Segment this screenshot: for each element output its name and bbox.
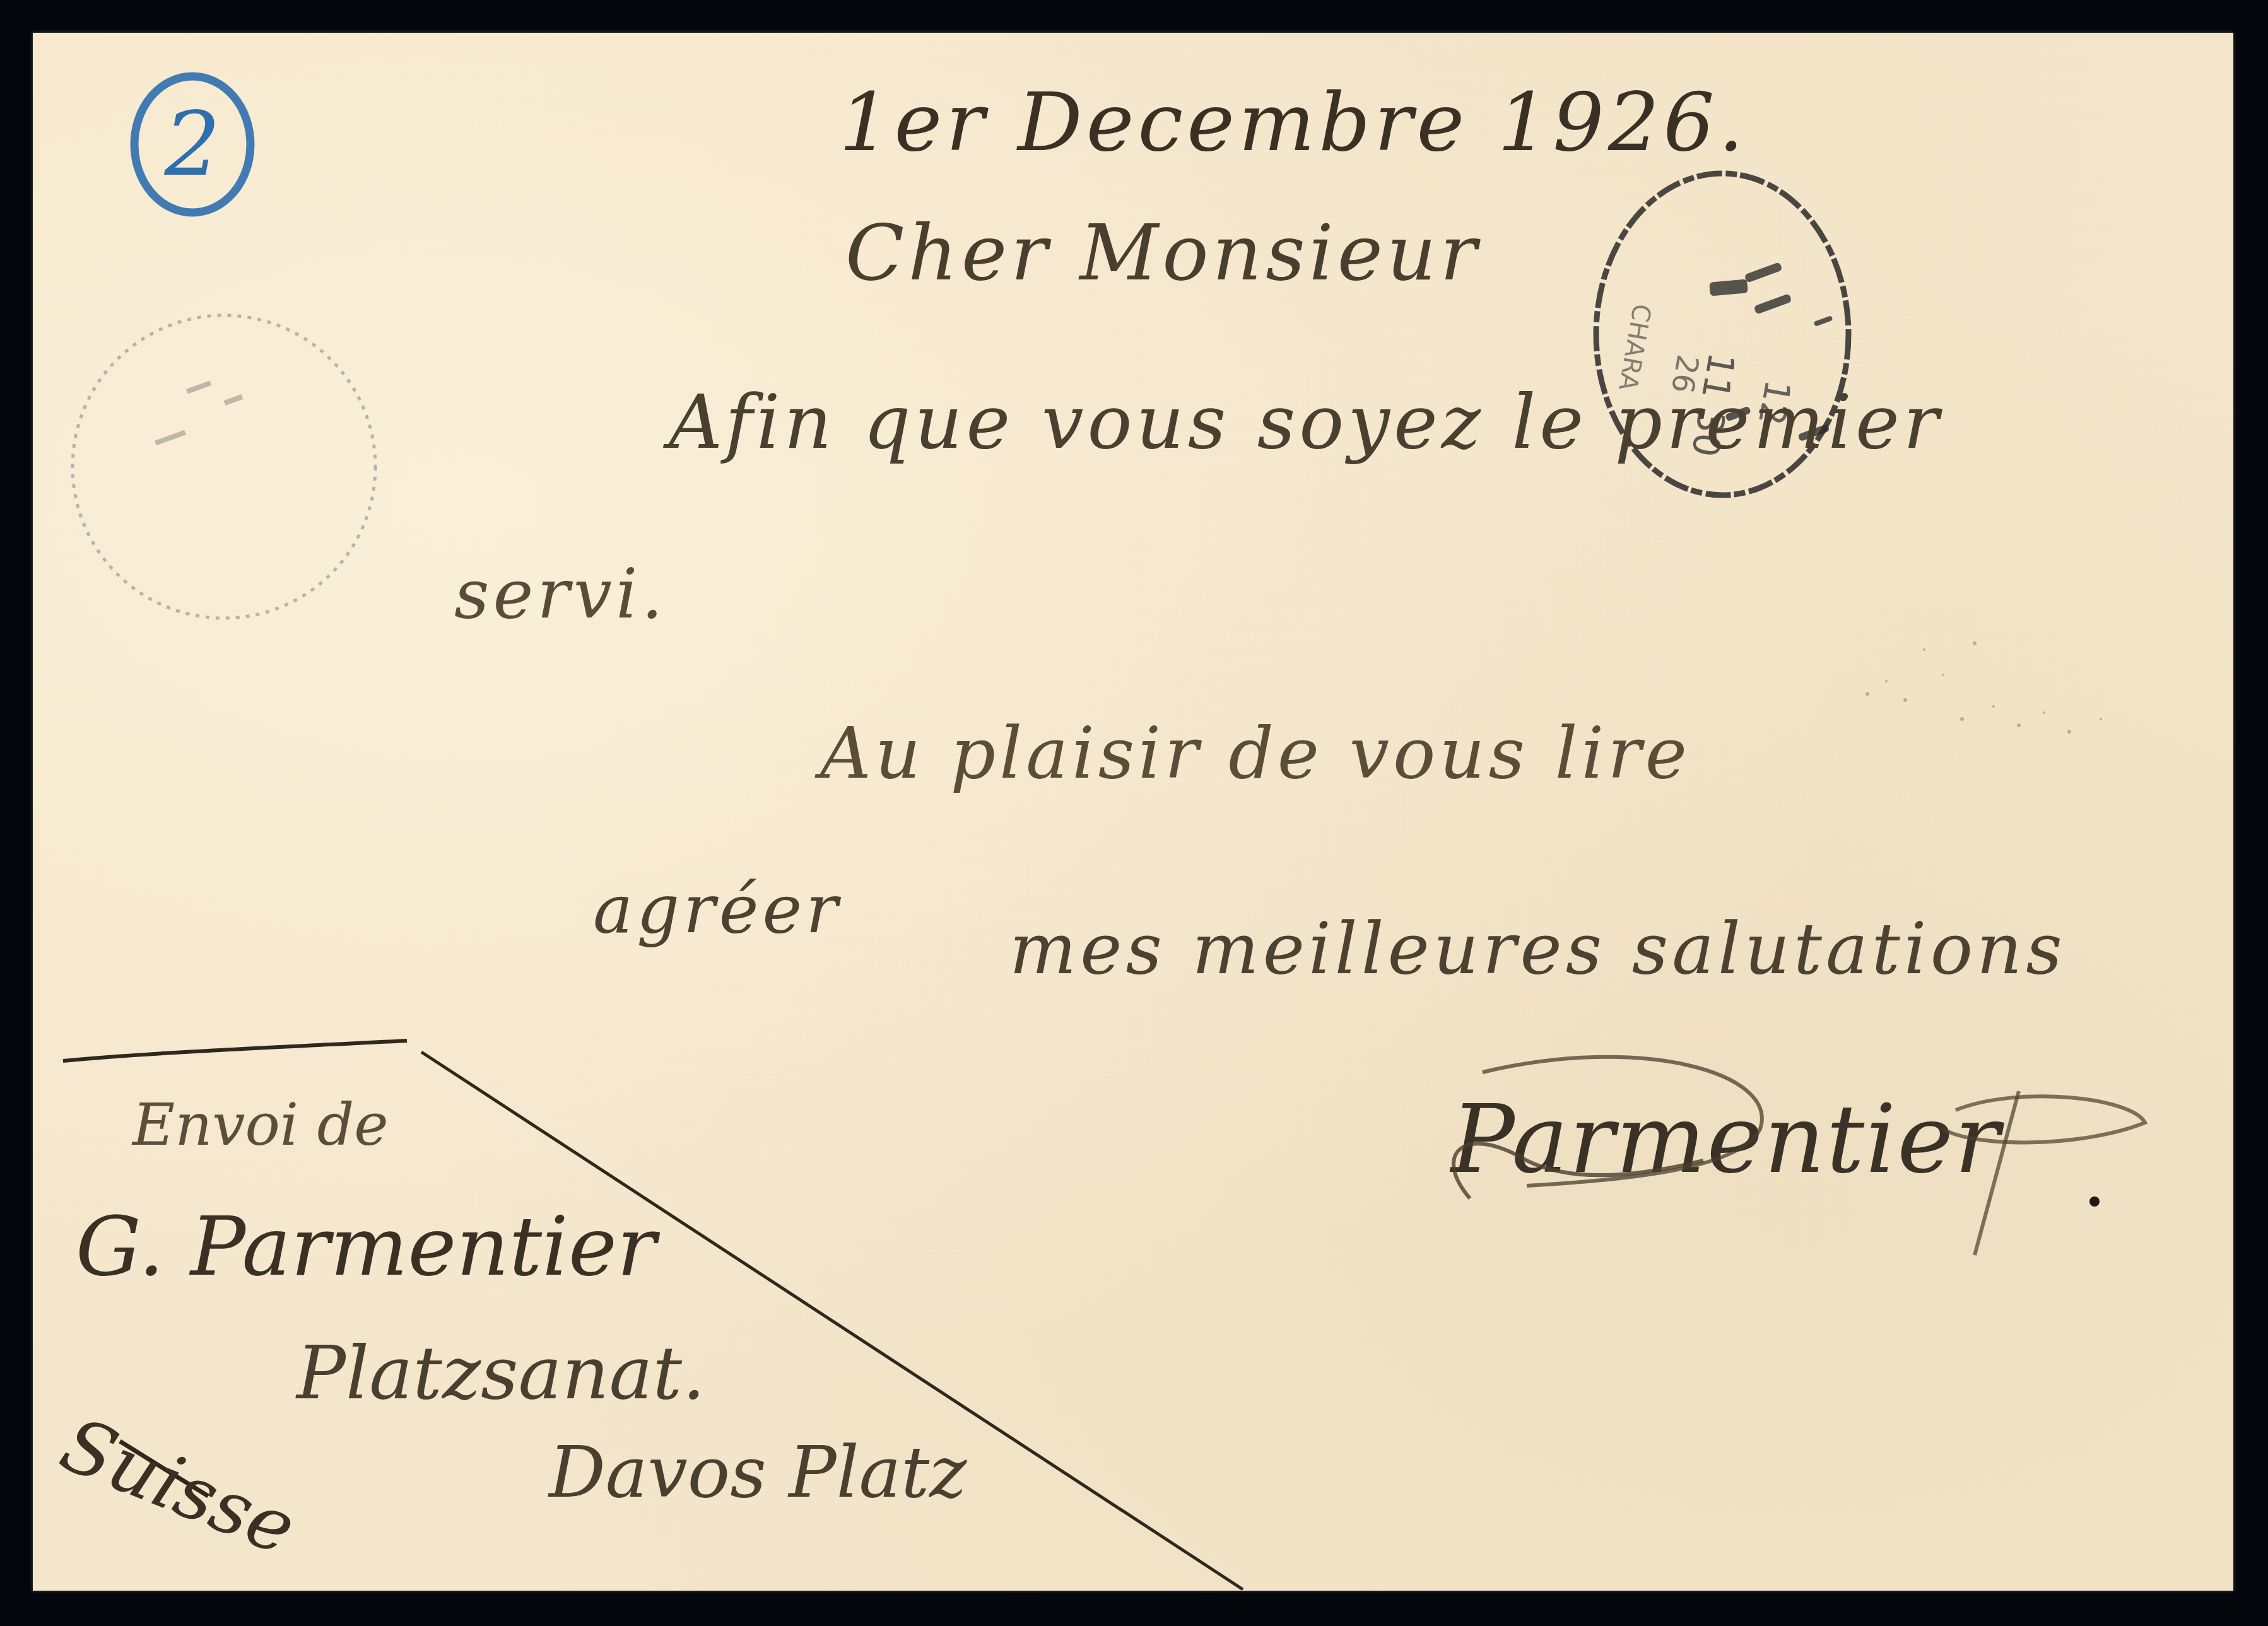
letter-date: 1er Decembre 1926. (839, 76, 1748, 170)
sender-name: G. Parmentier (76, 1198, 656, 1294)
sender-address-1: Platzsanat. (297, 1331, 705, 1416)
letter-salutation: Cher Monsieur (845, 208, 1481, 298)
sender-address-2: Davos Platz (549, 1432, 967, 1514)
letter-body-line: servi. (454, 555, 667, 634)
letter-body-line: Afin que vous soyez le premier (669, 378, 1942, 465)
faint-postmark-icon (60, 303, 388, 631)
faint-cancel-icon (1817, 605, 2145, 795)
letter-body-line: agréer (593, 870, 842, 948)
signature: Parmentier (1451, 1085, 2001, 1195)
letter-body-line: mes meilleures salutations (1009, 908, 2066, 990)
letter-body-line: Au plaisir de vous lire (820, 713, 1691, 795)
sender-label: Envoi de (132, 1091, 389, 1159)
archive-number-mark: 2 (126, 67, 259, 222)
archive-number: 2 (126, 67, 259, 222)
